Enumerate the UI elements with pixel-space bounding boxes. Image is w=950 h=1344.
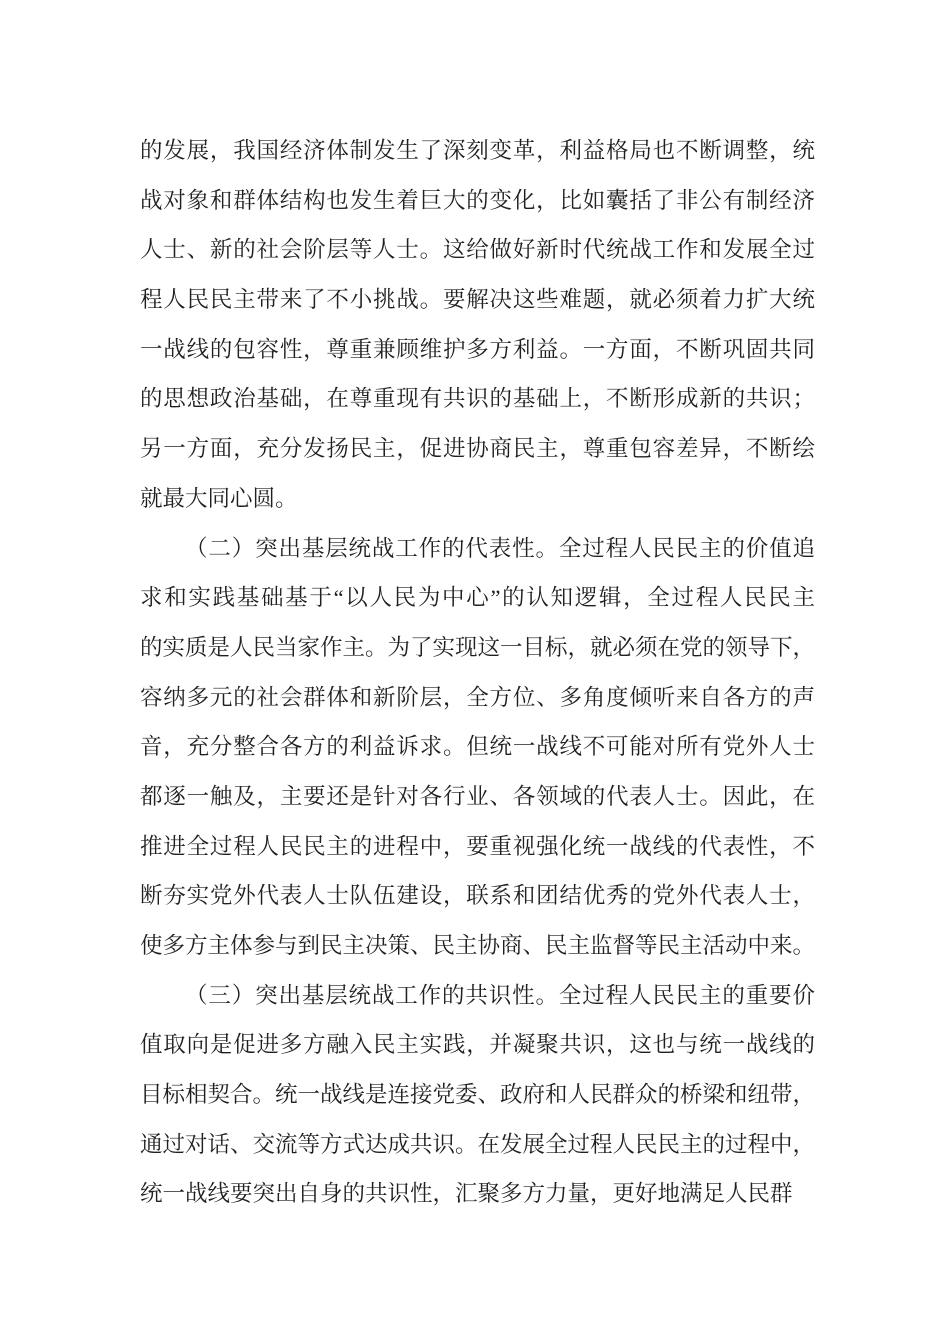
text-line: 音，充分整合各方的利益诉求。但统一战线不可能对所有党外人士: [140, 722, 815, 772]
text-line: 断夯实党外代表人士队伍建设，联系和团结优秀的党外代表人士，: [140, 871, 815, 921]
text-line: 通过对话、交流等方式达成共识。在发展全过程人民民主的过程中，: [140, 1120, 815, 1170]
text-line: （二）突出基层统战工作的代表性。全过程人民民主的价值追: [140, 524, 815, 574]
text-line: 就最大同心圆。: [140, 474, 815, 524]
text-line: 求和实践基础基于“以人民为中心”的认知逻辑，全过程人民民主: [140, 573, 815, 623]
text-line: 值取向是促进多方融入民主实践，并凝聚共识，这也与统一战线的: [140, 1020, 815, 1070]
paragraph: （二）突出基层统战工作的代表性。全过程人民民主的价值追求和实践基础基于“以人民为…: [140, 524, 815, 971]
text-line: 另一方面，充分发扬民主，促进协商民主，尊重包容差异，不断绘: [140, 424, 815, 474]
text-line: 容纳多元的社会群体和新阶层，全方位、多角度倾听来自各方的声: [140, 673, 815, 723]
text-line: 程人民民主带来了不小挑战。要解决这些难题，就必须着力扩大统: [140, 275, 815, 325]
text-line: 目标相契合。统一战线是连接党委、政府和人民群众的桥梁和纽带，: [140, 1070, 815, 1120]
paragraph: 的发展，我国经济体制发生了深刻变革，利益格局也不断调整，统战对象和群体结构也发生…: [140, 126, 815, 524]
text-line: 人士、新的社会阶层等人士。这给做好新时代统战工作和发展全过: [140, 225, 815, 275]
paragraph: （三）突出基层统战工作的共识性。全过程人民民主的重要价值取向是促进多方融入民主实…: [140, 971, 815, 1219]
text-line: 推进全过程人民民主的进程中，要重视强化统一战线的代表性，不: [140, 822, 815, 872]
text-line: 的思想政治基础，在尊重现有共识的基础上，不断形成新的共识；: [140, 374, 815, 424]
text-line: 的实质是人民当家作主。为了实现这一目标，就必须在党的领导下，: [140, 623, 815, 673]
text-line: 统一战线要突出自身的共识性，汇聚多方力量，更好地满足人民群: [140, 1169, 815, 1219]
document-page: 的发展，我国经济体制发生了深刻变革，利益格局也不断调整，统战对象和群体结构也发生…: [0, 0, 950, 1344]
text-line: 都逐一触及，主要还是针对各行业、各领域的代表人士。因此，在: [140, 772, 815, 822]
text-line: （三）突出基层统战工作的共识性。全过程人民民主的重要价: [140, 971, 815, 1021]
document-body: 的发展，我国经济体制发生了深刻变革，利益格局也不断调整，统战对象和群体结构也发生…: [140, 126, 815, 1219]
text-line: 战对象和群体结构也发生着巨大的变化，比如囊括了非公有制经济: [140, 176, 815, 226]
text-line: 的发展，我国经济体制发生了深刻变革，利益格局也不断调整，统: [140, 126, 815, 176]
text-line: 使多方主体参与到民主决策、民主协商、民主监督等民主活动中来。: [140, 921, 815, 971]
text-line: 一战线的包容性，尊重兼顾维护多方利益。一方面，不断巩固共同: [140, 325, 815, 375]
